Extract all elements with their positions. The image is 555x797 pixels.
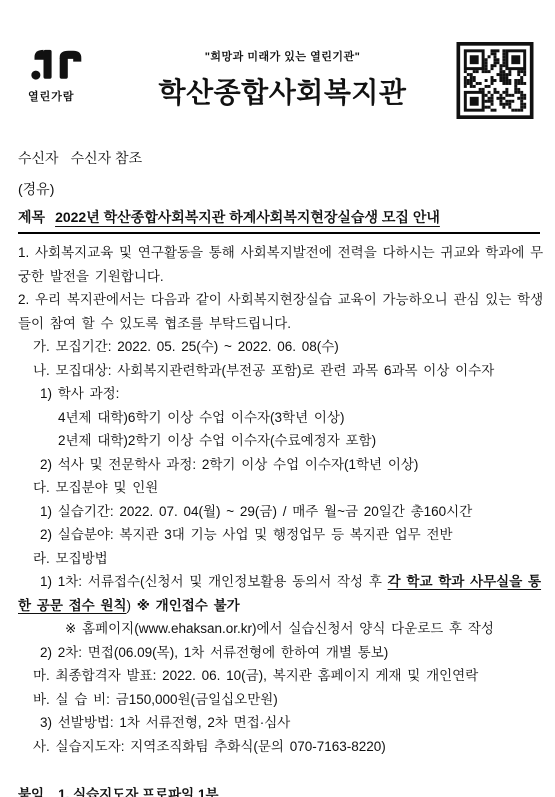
body-line: 1) 실습기간: 2022. 07. 04(월) ~ 29(금) / 매주 월~… xyxy=(18,500,540,524)
body-line: 바. 실 습 비: 금150,000원(금일십오만원) xyxy=(18,688,540,712)
org-slogan: "희망과 미래가 있는 열린기관" xyxy=(130,48,435,64)
header-center: "희망과 미래가 있는 열린기관" 학산종합사회복지관 xyxy=(130,48,435,111)
attachment-label: 붙임 xyxy=(18,787,44,797)
attachment-text: 1. 실습지도자 프로파일 1부 xyxy=(58,787,218,797)
body-line: 한 공문 접수 원칙) ※ 개인접수 불가 xyxy=(18,594,540,618)
org-name: 학산종합사회복지관 xyxy=(130,71,435,111)
body-line: 2) 2차: 면접(06.09(목), 1차 서류전형에 한하여 개별 통보) xyxy=(18,641,540,665)
body-line: 1) 학사 과정: xyxy=(18,382,540,406)
document-header: 열린가람 "희망과 미래가 있는 열린기관" 학산종합사회복지관 xyxy=(0,0,555,130)
open-garam-mark-icon xyxy=(30,46,84,88)
body-line: 라. 모집방법 xyxy=(18,547,540,571)
attachment-line: 붙임1. 실습지도자 프로파일 1부 xyxy=(18,783,540,797)
document-meta: 수신자수신자 참조 (경유) 제목2022년 학산종합사회복지관 하계사회복지현… xyxy=(18,148,540,234)
body-line: 마. 최종합격자 발표: 2022. 06. 10(금), 복지관 홈페이지 게… xyxy=(18,664,540,688)
via-line: (경유) xyxy=(18,179,540,199)
receiver-label: 수신자 xyxy=(18,150,59,166)
body-line: 2) 석사 및 전문학사 과정: 2학기 이상 수업 이수자(1학년 이상) xyxy=(18,453,540,477)
subject-line: 제목2022년 학산종합사회복지관 하계사회복지현장실습생 모집 안내 xyxy=(18,207,540,234)
body-line: 나. 모집대상: 사회복지관련학과(부전공 포함)로 관련 과목 6과목 이상 … xyxy=(18,359,540,383)
org-logo: 열린가람 xyxy=(28,46,112,104)
body-line: 4년제 대학)6학기 이상 수업 이수자(3학년 이상) xyxy=(18,406,540,430)
body-line: 1) 1차: 서류접수(신청서 및 개인정보활용 동의서 작성 후 각 학교 학… xyxy=(18,570,540,594)
document-body: 1. 사회복지교육 및 연구활동을 통해 사회복지발전에 전력을 다하시는 귀교… xyxy=(18,241,540,758)
body-line: 2) 실습분야: 복지관 3대 기능 사업 및 행정업무 등 복지관 업무 전반 xyxy=(18,523,540,547)
receiver-line: 수신자수신자 참조 xyxy=(18,148,540,168)
body-line: 들이 참여 할 수 있도록 협조를 부탁드립니다. xyxy=(18,312,540,336)
body-line: 다. 모집분야 및 인원 xyxy=(18,476,540,500)
body-line: 사. 실습지도자: 지역조직화팀 추화식(문의 070-7163-8220) xyxy=(18,735,540,759)
body-line: 3) 선발방법: 1차 서류전형, 2차 면접·심사 xyxy=(18,711,540,735)
body-line: 가. 모집기간: 2022. 05. 25(수) ~ 2022. 06. 08(… xyxy=(18,335,540,359)
receiver-value: 수신자 참조 xyxy=(71,150,143,166)
subject-text: 2022년 학산종합사회복지관 하계사회복지현장실습생 모집 안내 xyxy=(55,209,440,225)
body-line: 궁한 발전을 기원합니다. xyxy=(18,265,540,289)
body-line: 1. 사회복지교육 및 연구활동을 통해 사회복지발전에 전력을 다하시는 귀교… xyxy=(18,241,540,265)
org-logo-text: 열린가람 xyxy=(28,88,112,104)
document-page: 열린가람 "희망과 미래가 있는 열린기관" 학산종합사회복지관 수신자수신자 … xyxy=(0,0,555,797)
body-line: 2년제 대학)2학기 이상 수업 이수자(수료예정자 포함) xyxy=(18,429,540,453)
subject-label: 제목 xyxy=(18,209,45,225)
body-line: ※ 홈페이지(www.ehaksan.or.kr)에서 실습신청서 양식 다운로… xyxy=(18,617,540,641)
body-line: 2. 우리 복지관에서는 다음과 같이 사회복지현장실습 교육이 가능하오니 관… xyxy=(18,288,540,312)
qr-code-icon xyxy=(455,42,535,119)
